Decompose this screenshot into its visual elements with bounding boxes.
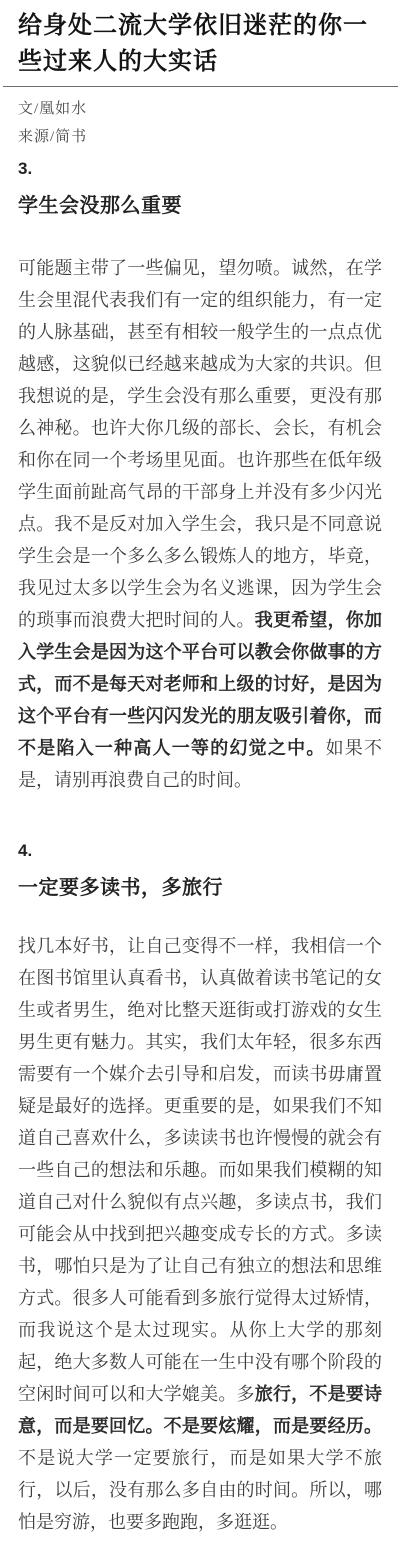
section-number: 4. (18, 840, 382, 862)
source-line: 来源/简书 (18, 128, 382, 146)
section-4: 4. 一定要多读书，多旅行 找几本好书，让自己变得不一样，我相信一个在图书馆里认… (18, 840, 382, 1538)
article-page: 给身处二流大学依旧迷茫的你一些过来人的大实话 文/凰如水 来源/简书 3. 学生… (0, 0, 400, 1558)
section-number: 3. (18, 158, 382, 180)
byline: 文/凰如水 (18, 100, 382, 118)
article-title: 给身处二流大学依旧迷茫的你一些过来人的大实话 (18, 8, 382, 80)
paragraph-text-pre: 找几本好书，让自己变得不一样，我相信一个在图书馆里认真看书，认真做着读书笔记的女… (18, 936, 382, 1404)
section-paragraph: 找几本好书，让自己变得不一样，我相信一个在图书馆里认真看书，认真做着读书笔记的女… (18, 930, 382, 1538)
section-paragraph: 可能题主带了一些偏见，望勿喷。诚然，在学生会里混代表我们有一定的组织能力，有一定… (18, 252, 382, 796)
paragraph-text-bold: 我更希望，你加入学生会是因为这个平台可以教会你做事的方式，而不是每天对老师和上级… (18, 610, 382, 758)
paragraph-text-pre: 可能题主带了一些偏见，望勿喷。诚然，在学生会里混代表我们有一定的组织能力，有一定… (18, 258, 382, 630)
paragraph-text-post: 不是说大学一定要旅行，而是如果大学不旅行，以后，没有那么多自由的时间。所以，哪怕… (18, 1448, 382, 1532)
section-heading: 学生会没那么重要 (18, 193, 382, 219)
section-3: 3. 学生会没那么重要 可能题主带了一些偏见，望勿喷。诚然，在学生会里混代表我们… (18, 158, 382, 796)
section-heading: 一定要多读书，多旅行 (18, 875, 382, 901)
title-divider (3, 86, 398, 87)
